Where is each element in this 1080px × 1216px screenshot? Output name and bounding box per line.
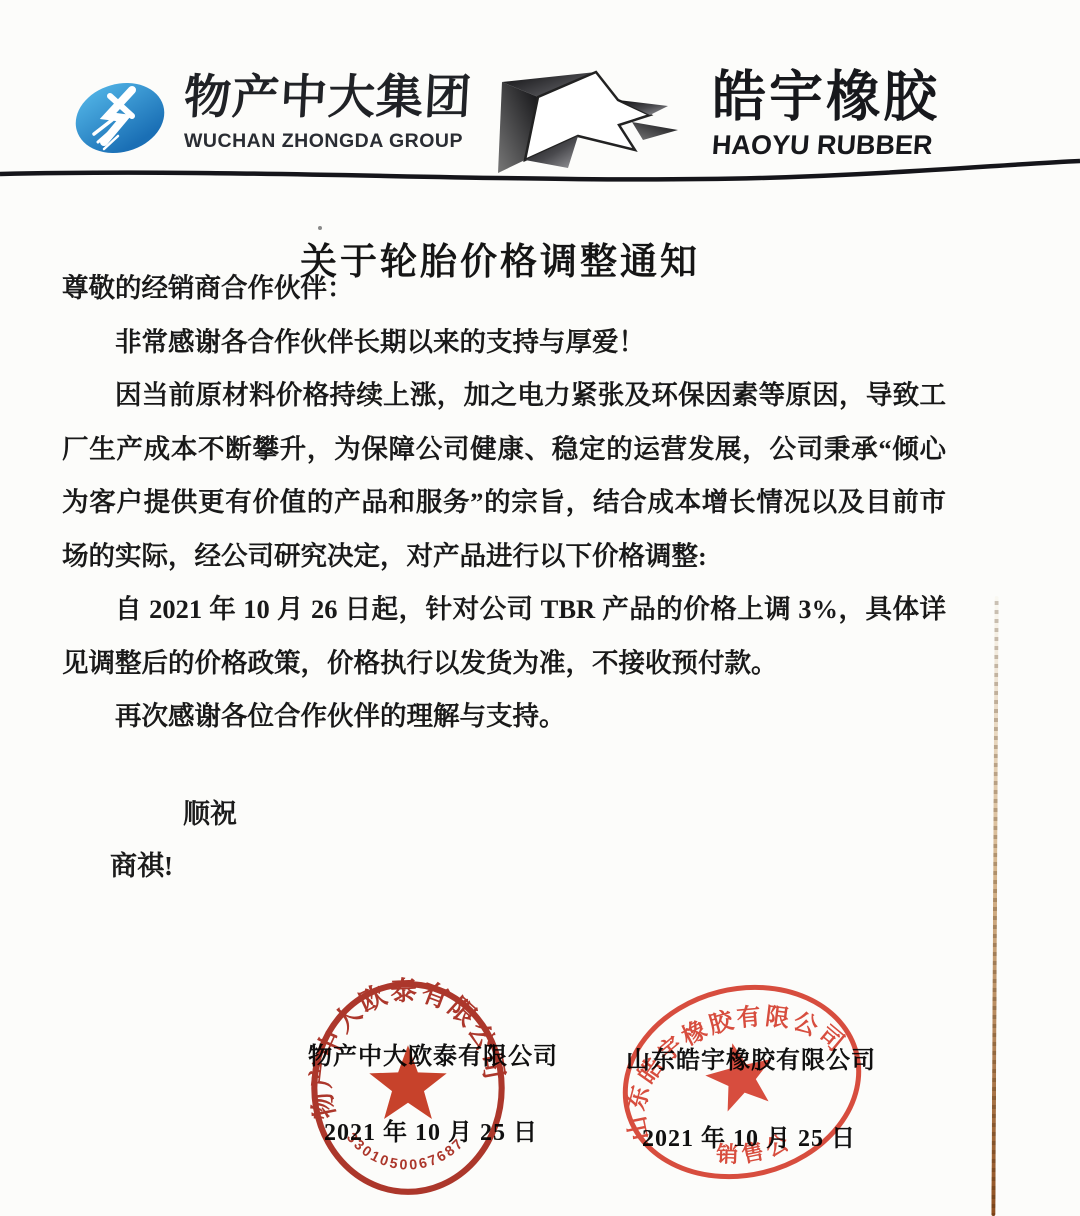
letter-body: 尊敬的经销商合作伙伴： 非常感谢各合作伙伴长期以来的支持与厚爱！ 因当前原材料价… [62, 262, 946, 744]
wuchan-zhongda-name-en: WUCHAN ZHONGDA GROUP [184, 130, 472, 152]
letter-salutation: 尊敬的经销商合作伙伴： [62, 262, 946, 316]
letter-paragraph: 再次感谢各位合作伙伴的理解与支持。 [62, 690, 946, 744]
haoyu-rubber-name-cn: 皓宇橡胶 [712, 63, 940, 130]
haoyu-company-stamp: 山东皓宇橡胶有限公司 销售公司 [616, 978, 878, 1190]
closing-wish: 顺祝 [183, 792, 237, 831]
closing-regards: 商祺! [110, 844, 173, 883]
haoyu-rubber-name-en: HAOYU RUBBER [711, 130, 941, 160]
letter-paragraph: 自 2021 年 10 月 26 日起，针对公司 TBR 产品的价格上调 3%，… [62, 583, 946, 690]
scanned-letter-page: 物产中大集团 WUCHAN ZHONGDA GROUP 皓宇橡胶 HAOYU R… [0, 0, 1080, 1216]
scan-speck [318, 226, 322, 230]
scan-edge-artifact [991, 596, 998, 1216]
wuchan-zhongda-name-cn: 物产中大集团 [182, 66, 473, 130]
haoyu-rubber-logo-icon [498, 70, 706, 174]
svg-text:3301050067687: 3301050067687 [343, 1130, 468, 1174]
letter-paragraph: 因当前原材料价格持续上涨，加之电力紧张及环保因素等原因，导致工厂生产成本不断攀升… [62, 369, 946, 583]
haoyu-rubber-logo-text: 皓宇橡胶 HAOYU RUBBER [712, 64, 940, 160]
wuchan-company-stamp: 物产中大欧泰有限公司 3301050067687 [306, 976, 510, 1200]
stamp-serial-number: 3301050067687 [343, 1130, 468, 1174]
wuchan-zhongda-logo-icon [70, 74, 174, 162]
wuchan-zhongda-logo-text: 物产中大集团 WUCHAN ZHONGDA GROUP [184, 66, 472, 152]
stamp-star [699, 1035, 781, 1115]
letter-paragraph: 非常感谢各合作伙伴长期以来的支持与厚爱！ [62, 316, 946, 370]
stamp-star [369, 1045, 446, 1119]
